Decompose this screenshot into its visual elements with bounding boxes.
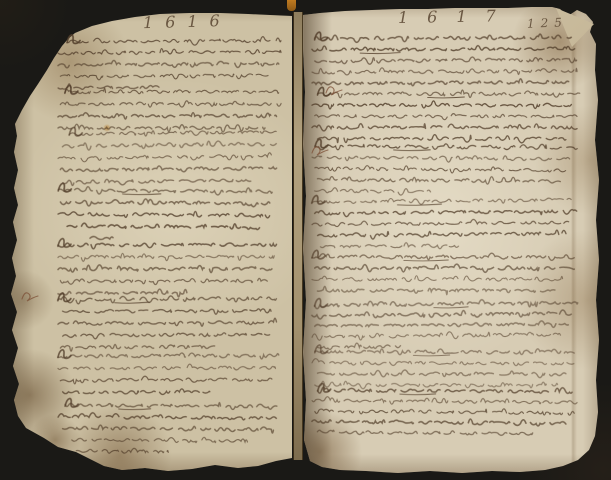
register-entry: Margaritta filia Gregorii Burtod et Joan…: [304, 378, 596, 450]
margin-mark: [20, 288, 40, 304]
register-entry: … filius Claudii Beliard dicti Contland …: [50, 393, 297, 471]
binding-thread: [287, 0, 296, 11]
margin-mark: [310, 142, 330, 158]
year-header-1617: 1617: [398, 6, 515, 27]
manuscript-scan: 1616 1617 125 Claudia filia Petri …Joann…: [0, 0, 611, 480]
margin-mark: [324, 82, 344, 98]
